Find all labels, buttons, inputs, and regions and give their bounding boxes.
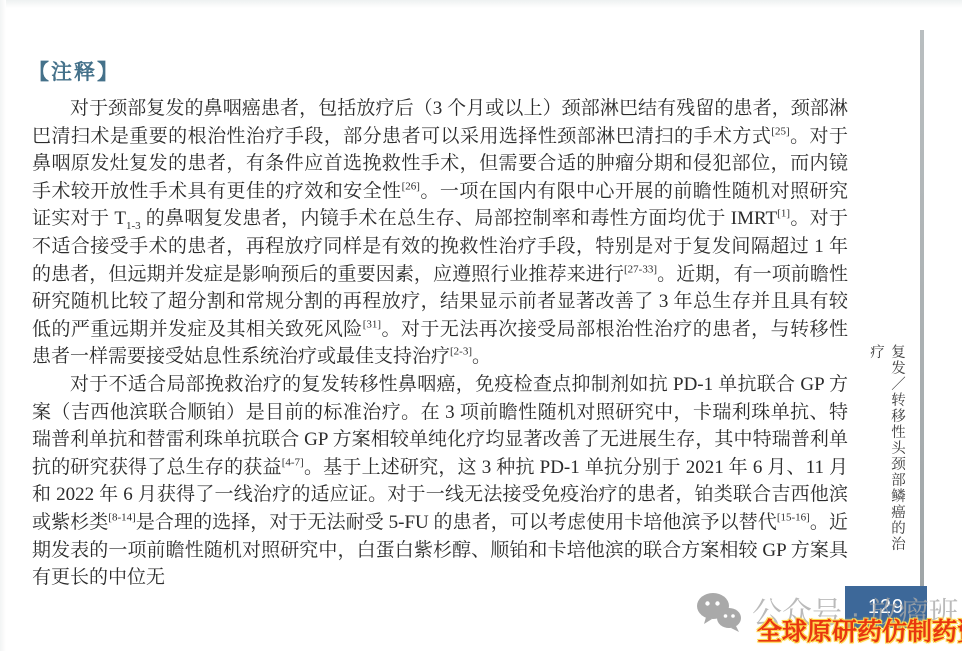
paragraph: 对于颈部复发的鼻咽癌患者，包括放疗后（3 个月或以上）颈部淋巴结有残留的患者，颈… [32, 95, 848, 371]
reference-marker: [31] [363, 318, 381, 330]
reference-marker: [15-16] [777, 512, 810, 524]
reference-marker: [2-3] [450, 346, 472, 358]
reference-marker: [27-33] [624, 263, 657, 275]
reference-marker: [25] [771, 125, 789, 137]
text-run: 的鼻咽复发患者，内镜手术在总生存、局部控制率和毒性方面均优于 IMRT [141, 208, 777, 229]
wechat-icon [696, 591, 742, 633]
reference-marker: [8-14] [108, 512, 136, 524]
subscript: 1-3 [126, 220, 141, 232]
book-page: 【注释】 对于颈部复发的鼻咽癌患者，包括放疗后（3 个月或以上）颈部淋巴结有残留… [0, 0, 962, 651]
section-title: 【注释】 [28, 56, 120, 86]
reference-marker: [4-7] [282, 456, 304, 468]
paragraph: 对于不适合局部挽救治疗的复发转移性鼻咽癌，免疫检查点抑制剂如抗 PD-1 单抗联… [32, 371, 848, 592]
page-edge-left [0, 0, 6, 651]
page-edge-divider [920, 30, 924, 588]
chapter-vertical-title: 复发／转移性头颈部鳞癌的治疗 [866, 344, 908, 559]
body-text: 对于颈部复发的鼻咽癌患者，包括放疗后（3 个月或以上）颈部淋巴结有残留的患者，颈… [32, 95, 848, 592]
reference-marker: [1] [777, 208, 790, 220]
red-overlay-text: 全球原研药仿制药资讯 [757, 612, 962, 648]
page-edge-top [0, 0, 962, 8]
text-run: 对于颈部复发的鼻咽癌患者，包括放疗后（3 个月或以上）颈部淋巴结有残留的患者，颈… [32, 98, 848, 147]
text-run: 是合理的选择，对于无法耐受 5-FU 的患者，可以考虑使用卡培他滨予以替代 [136, 512, 777, 533]
reference-marker: [26] [402, 180, 420, 192]
text-run: 。 [472, 346, 491, 367]
